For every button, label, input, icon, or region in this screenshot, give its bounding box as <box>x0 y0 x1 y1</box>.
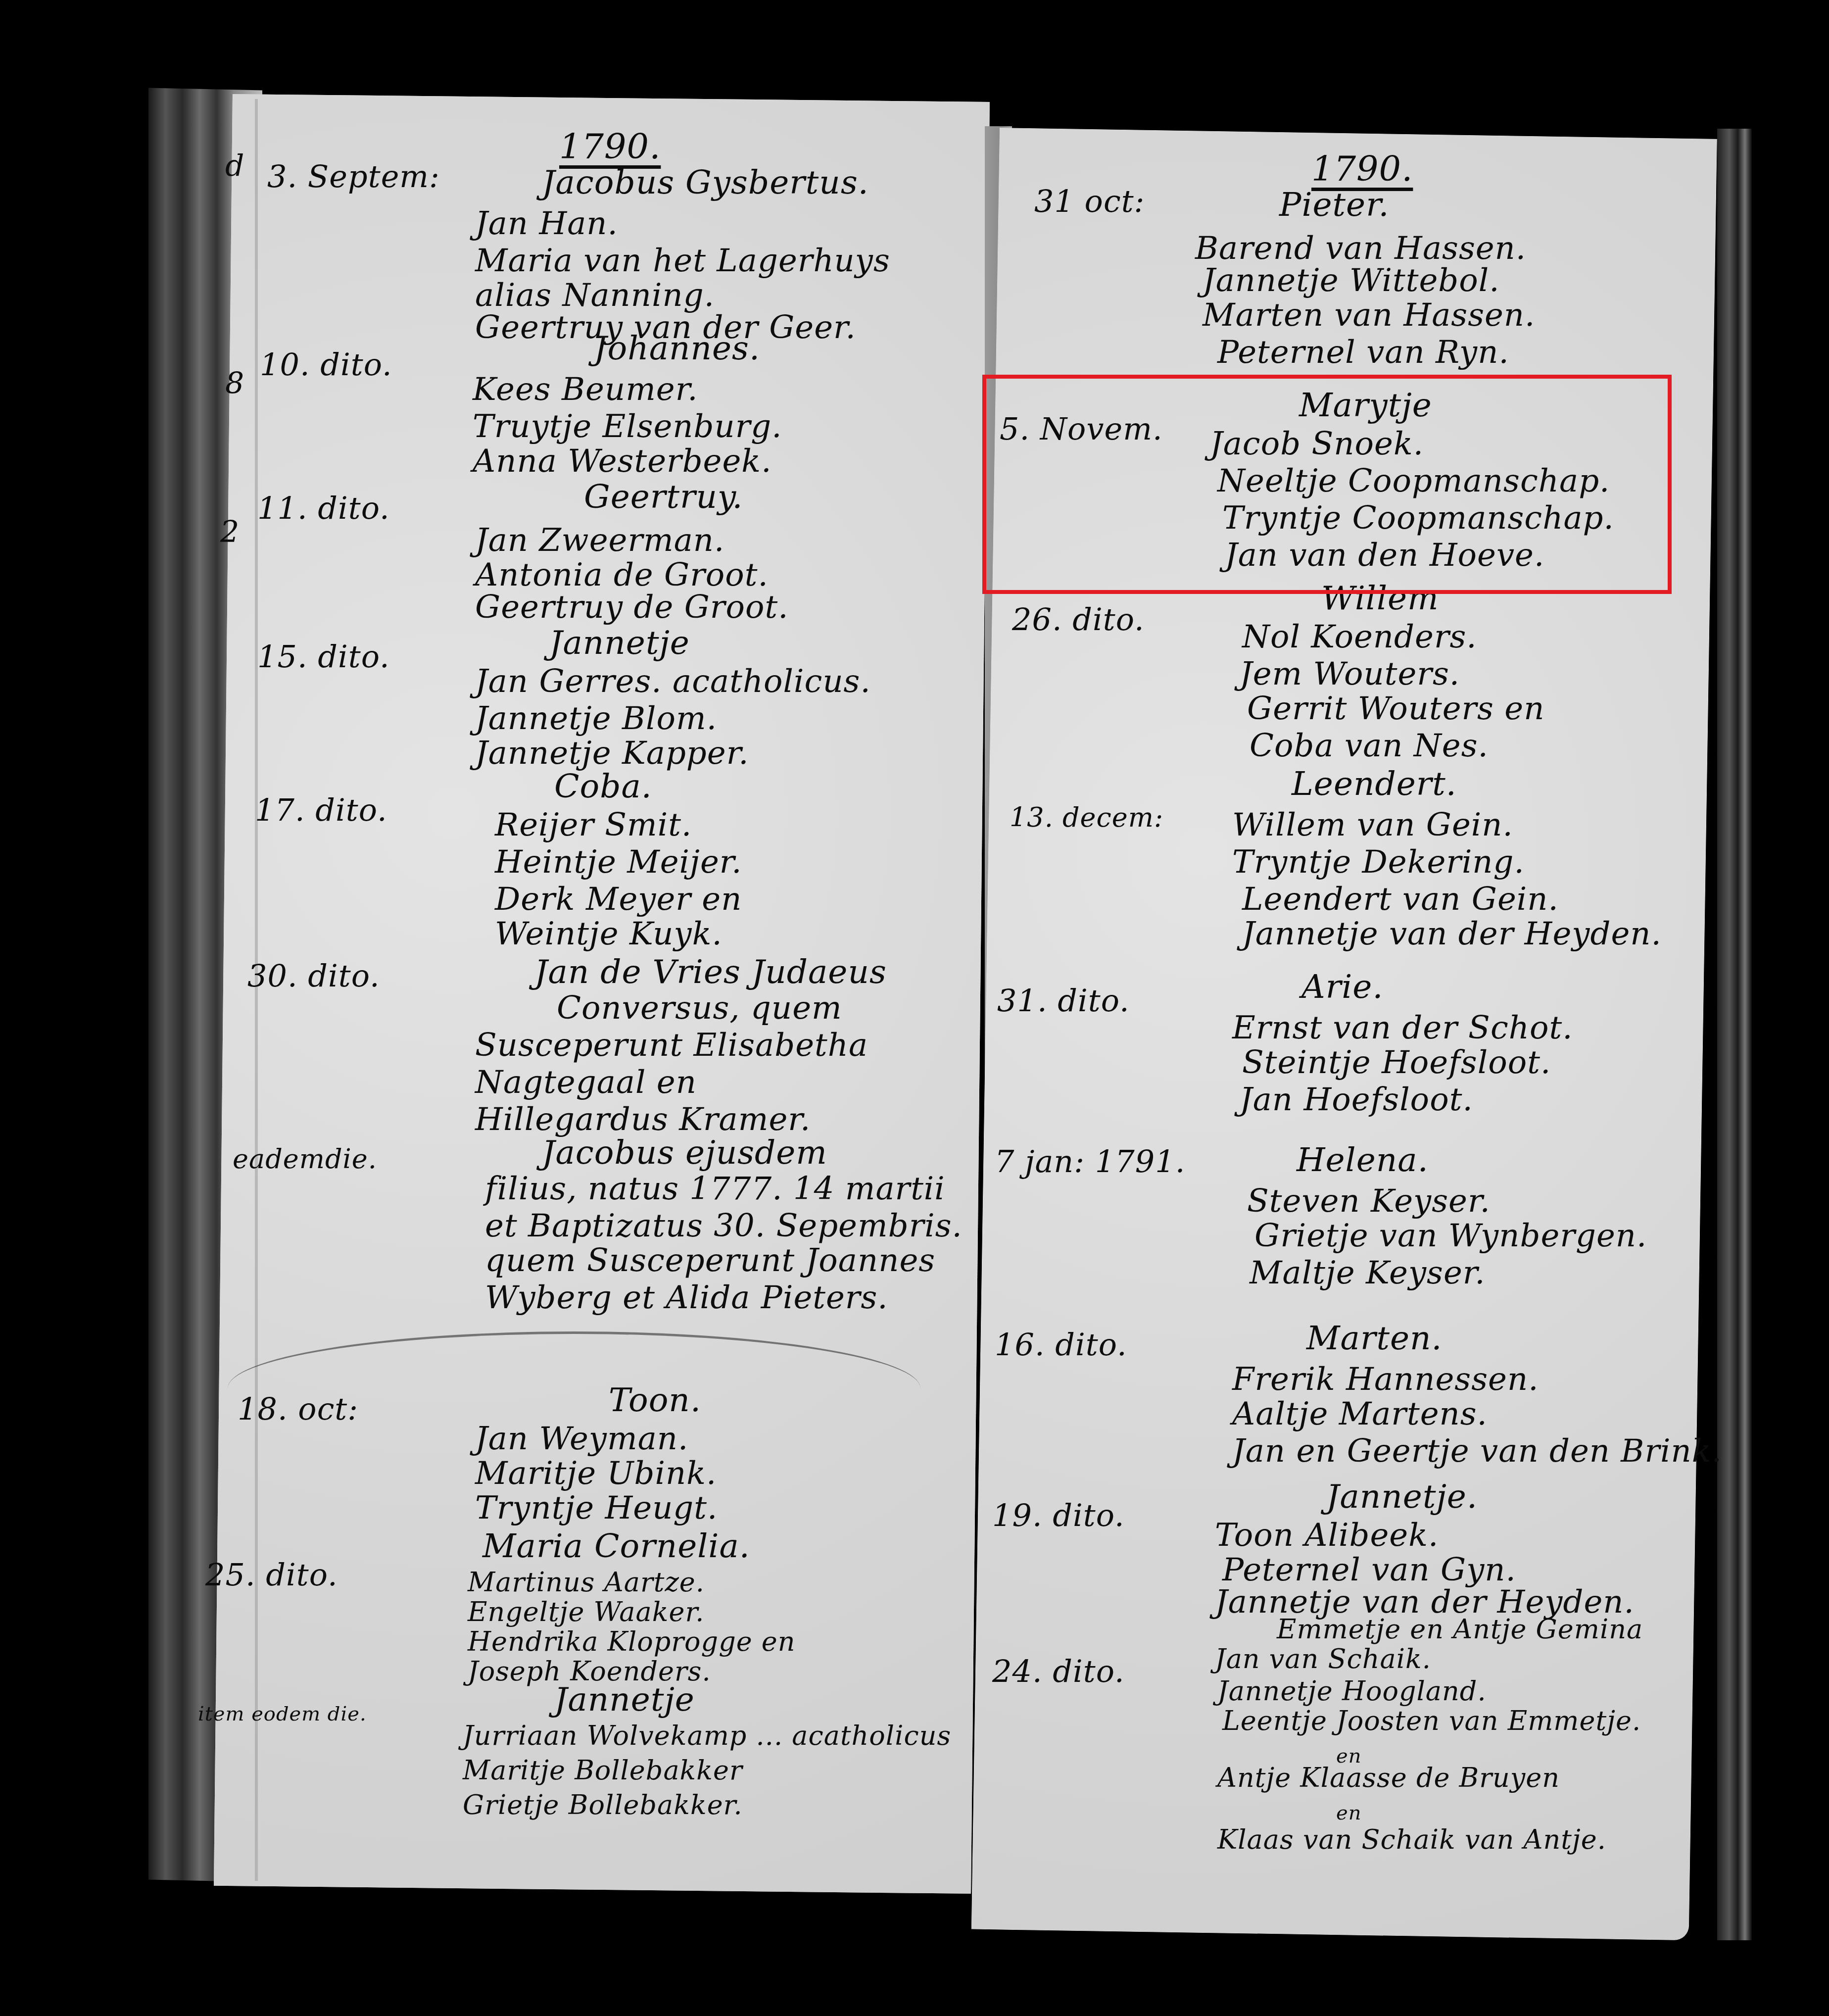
sponsor-line: Engeltje Waaker. <box>468 1596 704 1627</box>
sponsor-line: Gerrit Wouters en <box>1247 690 1544 727</box>
left-year-heading: 1790. <box>559 126 661 167</box>
sponsor-line: Antje Klaasse de Bruyen <box>1217 1762 1560 1793</box>
sponsor-line: Maria van het Lagerhuys <box>475 243 890 279</box>
child-name: Jannetje <box>549 624 690 662</box>
child-name: Geertruy. <box>584 478 743 516</box>
margin-number: d <box>225 148 244 183</box>
child-name: Jannetje. <box>1326 1477 1478 1516</box>
book-edge-right <box>1717 129 1752 1940</box>
sponsor-line: Jan en Geertje van den Brink. <box>1232 1433 1722 1470</box>
entry-date: 31 oct: <box>1034 183 1145 219</box>
child-name: Johannes. <box>594 329 760 367</box>
sponsor-line: Weintje Kuyk. <box>495 916 722 952</box>
sponsor-line: Tryntje Dekering. <box>1232 844 1525 881</box>
sponsor-line: Leendert van Gein. <box>1242 881 1559 918</box>
sponsor-line: Jan Gerres. acatholicus. <box>475 663 871 700</box>
entry-date: 3. Septem: <box>267 158 440 195</box>
child-name: Jannetje <box>554 1680 695 1719</box>
margin-number: 2 <box>220 515 240 549</box>
sponsor-line: Ernst van der Schot. <box>1232 1010 1573 1046</box>
entry-date: item eodem die. <box>198 1703 367 1725</box>
sponsor-line: Grietje Bollebakker. <box>463 1789 743 1820</box>
sponsor-line: Jan Hoefsloot. <box>1240 1082 1473 1118</box>
child-name: Helena. <box>1297 1141 1429 1179</box>
sponsor-line: Jannetje van der Heyden. <box>1242 916 1662 952</box>
sponsor-line: Aaltje Martens. <box>1232 1396 1488 1432</box>
entry-date: eademdie. <box>233 1143 377 1175</box>
sponsor-line: Leentje Joosten van Emmetje. <box>1222 1705 1641 1736</box>
entry-date: 18. oct: <box>238 1391 358 1427</box>
sponsor-line: Jan van Schaik. <box>1215 1643 1431 1674</box>
sponsor-line: Derk Meyer en <box>495 881 742 918</box>
entry-date: 13. decem: <box>1010 802 1163 833</box>
sponsor-line: Peternel van Ryn. <box>1217 334 1509 371</box>
sponsor-line: Peternel van Gyn. <box>1222 1552 1516 1588</box>
conjunction: en <box>1336 1802 1361 1824</box>
sponsor-line: et Baptizatus 30. Sepembris. <box>485 1208 963 1244</box>
sponsor-line: Jannetje Wittebol. <box>1203 262 1500 299</box>
entry-date: 16. dito. <box>995 1327 1127 1363</box>
right-year-heading: 1790. <box>1311 148 1413 189</box>
sponsor-line: Coba van Nes. <box>1250 728 1489 764</box>
sponsor-line: Jurriaan Wolvekamp ... acatholicus <box>463 1720 951 1751</box>
sponsor-line: Steven Keyser. <box>1247 1183 1491 1220</box>
sponsor-line: Frerik Hannessen. <box>1232 1361 1539 1398</box>
sponsor-line: Grietje van Wynbergen. <box>1254 1218 1647 1254</box>
sponsor-line: Jan Weyman. <box>475 1421 688 1457</box>
sponsor-line: Truytje Elsenburg. <box>473 408 782 445</box>
child-name: Arie. <box>1301 968 1383 1006</box>
sponsor-line: Barend van Hassen. <box>1195 230 1526 267</box>
sponsor-line: Jan Han. <box>475 205 618 242</box>
child-name: Coba. <box>554 767 652 805</box>
sponsor-line: Klaas van Schaik van Antje. <box>1217 1824 1606 1855</box>
sponsor-line: Jan Zweerman. <box>475 522 724 559</box>
sponsor-line: alias Nanning. <box>475 277 715 314</box>
sponsor-line: Nagtegaal en <box>475 1064 697 1101</box>
entry-date: 30. dito. <box>247 958 380 994</box>
sponsor-line: Maltje Keyser. <box>1250 1255 1486 1291</box>
child-name: Emmetje en Antje Gemina <box>1277 1614 1643 1645</box>
sponsor-line: Toon Alibeek. <box>1215 1517 1439 1554</box>
sponsor-line: Maritje Bollebakker <box>463 1755 743 1786</box>
entry-date: 7 jan: 1791. <box>995 1143 1185 1180</box>
child-name: Jacobus ejusdem <box>542 1133 827 1172</box>
sponsor-line: Anna Westerbeek. <box>473 443 771 480</box>
sponsor-line: Tryntje Heugt. <box>475 1490 718 1526</box>
sponsor-line: Antonia de Groot. <box>475 557 769 593</box>
sponsor-line: Steintje Hoefsloot. <box>1242 1044 1551 1081</box>
sponsor-line: Reijer Smit. <box>495 807 692 843</box>
entry-date: 25. dito. <box>205 1557 338 1593</box>
sponsor-line: quem Susceperunt Joannes <box>485 1242 935 1279</box>
entry-date: 10. dito. <box>260 346 392 383</box>
sponsor-line: Jannetje Blom. <box>475 700 717 737</box>
sponsor-line: Marten van Hassen. <box>1203 297 1535 334</box>
child-name: Marten. <box>1306 1319 1443 1357</box>
sponsor-line: filius, natus 1777. 14 martii <box>485 1171 945 1207</box>
sponsor-line: Susceperunt Elisabetha <box>475 1027 868 1064</box>
entry-date: 15. dito. <box>257 639 390 675</box>
sponsor-line: Jannetje Hoogland. <box>1217 1675 1487 1707</box>
entry-date: 24. dito. <box>992 1653 1125 1689</box>
sponsor-line: Nol Koenders. <box>1242 619 1477 655</box>
sponsor-line: Geertruy de Groot. <box>475 589 789 626</box>
child-name: Pieter. <box>1279 186 1389 224</box>
sponsor-line: Heintje Meijer. <box>495 844 742 881</box>
entry-date: 31. dito. <box>997 983 1130 1019</box>
child-name: Toon. <box>609 1381 701 1419</box>
sponsor-line: Kees Beumer. <box>473 371 698 408</box>
sponsor-line: Conversus, quem <box>557 990 842 1027</box>
child-name: Jan de Vries Judaeus <box>534 953 887 991</box>
highlight-box <box>982 375 1672 594</box>
sponsor-line: Hillegardus Kramer. <box>475 1101 811 1138</box>
child-name: Leendert. <box>1292 765 1457 803</box>
sponsor-line: Jem Wouters. <box>1240 656 1460 692</box>
sponsor-line: Maritje Ubink. <box>475 1455 717 1492</box>
child-name: Maria Cornelia. <box>482 1527 750 1565</box>
entry-date: 26. dito. <box>1012 601 1145 638</box>
child-name: Jacobus Gysbertus. <box>542 163 869 201</box>
sponsor-line: Willem van Gein. <box>1232 807 1513 843</box>
sponsor-line: Jannetje Kapper. <box>475 735 749 772</box>
entry-date: 11. dito. <box>257 490 390 526</box>
sponsor-line: Martinus Aartze. <box>468 1567 705 1598</box>
entry-date: 17. dito. <box>255 792 387 828</box>
entry-date: 19. dito. <box>992 1497 1125 1533</box>
sponsor-line: Wyberg et Alida Pieters. <box>485 1279 888 1316</box>
sponsor-line: Hendrika Kloprogge en <box>468 1626 796 1657</box>
margin-number: 8 <box>225 366 244 401</box>
